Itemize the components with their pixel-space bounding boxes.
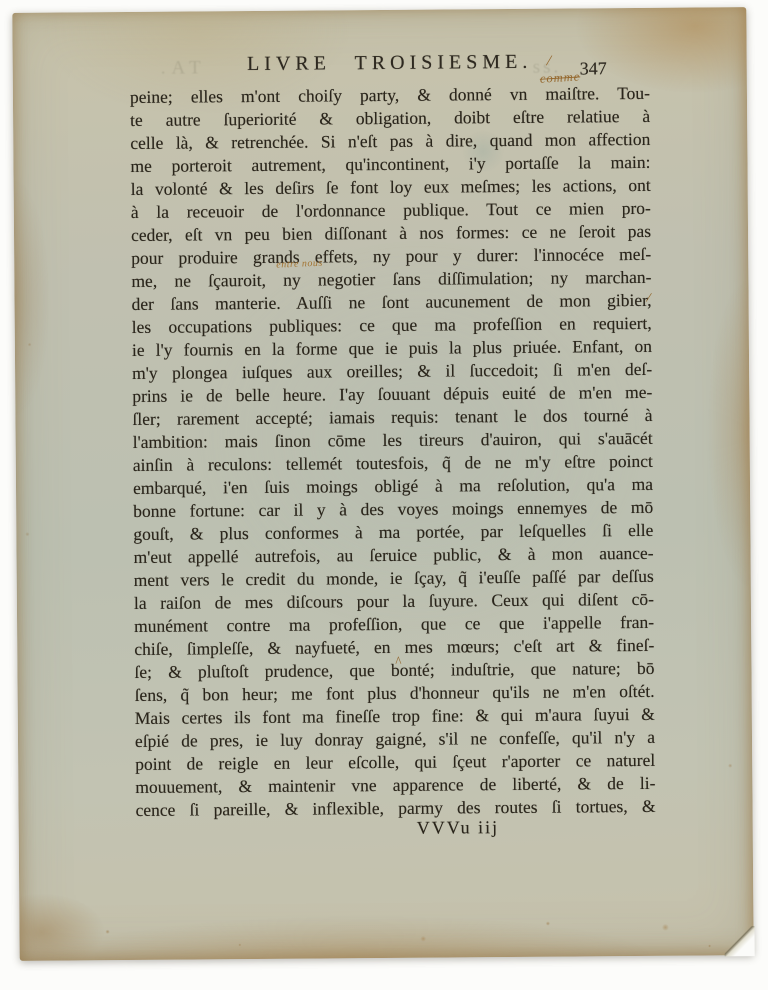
- book-page: .AT ss. LIVRE TROISIESME. 347 / comme pe…: [12, 7, 753, 961]
- interline-note-entre-nous: entre nous: [276, 258, 323, 271]
- text-line: cence ſi pareille, & inflexible, parmy d…: [135, 795, 655, 822]
- page-number: 347: [580, 58, 607, 79]
- folded-corner: [724, 926, 754, 956]
- scan-background: .AT ss. LIVRE TROISIESME. 347 / comme pe…: [0, 0, 768, 990]
- body-text: peine; elles m'ont choiſy party, & donné…: [130, 82, 656, 822]
- signature-mark: VVVu iij: [417, 817, 500, 839]
- insertion-caret-icon: ^: [395, 652, 401, 671]
